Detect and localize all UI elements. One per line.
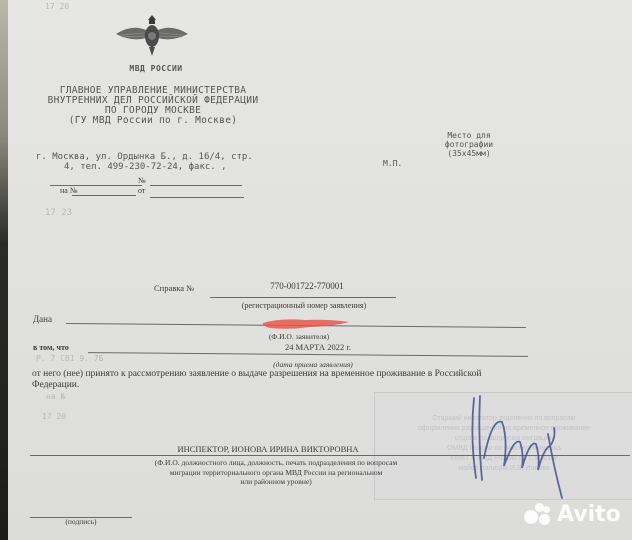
background-edge (0, 0, 8, 540)
caption-line: миграции территориального органа МВД Рос… (116, 468, 436, 478)
address-block: г. Москва, ул. Ордынка Б., д. 16/4, стр.… (36, 152, 296, 172)
applicant-name-caption: (Ф.И.О. заявителя) (254, 332, 344, 341)
reference-date-label: от (138, 186, 145, 195)
faint-mark: Р. 7 СВ1 9. 7Б (36, 354, 103, 363)
official-name-caption: (Ф.И.О. должностного лица, должность, пе… (116, 458, 436, 487)
address-line: г. Москва, ул. Ордынка Б., д. 16/4, стр. (36, 152, 296, 162)
avito-watermark: Avito (524, 498, 621, 530)
caption-line: или районном уровне) (116, 477, 436, 487)
number-label: № (138, 176, 146, 185)
faint-mark: на № (46, 392, 65, 401)
corner-mark: 17 20 (45, 2, 69, 11)
signature-caption: (подпись) (46, 517, 116, 526)
in-that-label: в том, что (33, 343, 69, 352)
reference-number-label: на № (60, 186, 77, 195)
photo-placeholder-line: фотографии (436, 140, 502, 149)
seal-place-label: М.П. (383, 159, 402, 168)
application-date-value: 24 МАРТА 2022 г. (268, 342, 368, 352)
photo-placeholder-line: (35х45мм) (436, 149, 502, 158)
issued-to-label: Дана (33, 314, 52, 324)
photo-placeholder-line: Место для (436, 131, 502, 140)
photo-placeholder: Место для фотографии (35х45мм) (436, 131, 502, 158)
faint-mark: 17 23 (45, 208, 72, 218)
certificate-body-text: от него (нее) принято к рассмотрению зая… (32, 369, 512, 391)
certificate-number-line (210, 297, 396, 298)
avito-brand-text: Avito (557, 502, 621, 527)
avito-dots-icon (524, 501, 552, 527)
caption-line: (Ф.И.О. должностного лица, должность, пе… (116, 458, 436, 468)
certificate-number-caption: (регистрационный номер заявления) (204, 301, 404, 310)
handwritten-signature (444, 388, 594, 508)
official-name-value: ИНСПЕКТОР, ИОНОВА ИРИНА ВИКТОРОВНА (128, 444, 408, 454)
eagle-emblem-icon (114, 14, 190, 58)
redaction-mark (260, 317, 352, 331)
application-date-caption: (дата приема заявления) (258, 360, 368, 369)
outgoing-date-line (150, 185, 242, 186)
organization-header: ГЛАВНОЕ УПРАВЛЕНИЕ МИНИСТЕРСТВА ВНУТРЕНН… (38, 86, 268, 126)
org-line: (ГУ МВД России по г. Москве) (38, 116, 268, 126)
reference-number-line (72, 195, 136, 196)
certificate-number-label: Справка № (154, 283, 194, 293)
document-page: 17 20 МВД РОССИИ ГЛАВНОЕ УПРАВЛЕНИЕ МИНИ… (8, 0, 632, 540)
ministry-label: МВД РОССИИ (116, 64, 196, 73)
address-line: 4, тел. 499-230-72-24, факс. , (36, 162, 296, 172)
application-date-line (88, 352, 528, 357)
certificate-number-value: 770-001722-770001 (212, 281, 402, 291)
faint-mark: 17 20 (42, 412, 66, 421)
reference-date-line (150, 197, 244, 198)
